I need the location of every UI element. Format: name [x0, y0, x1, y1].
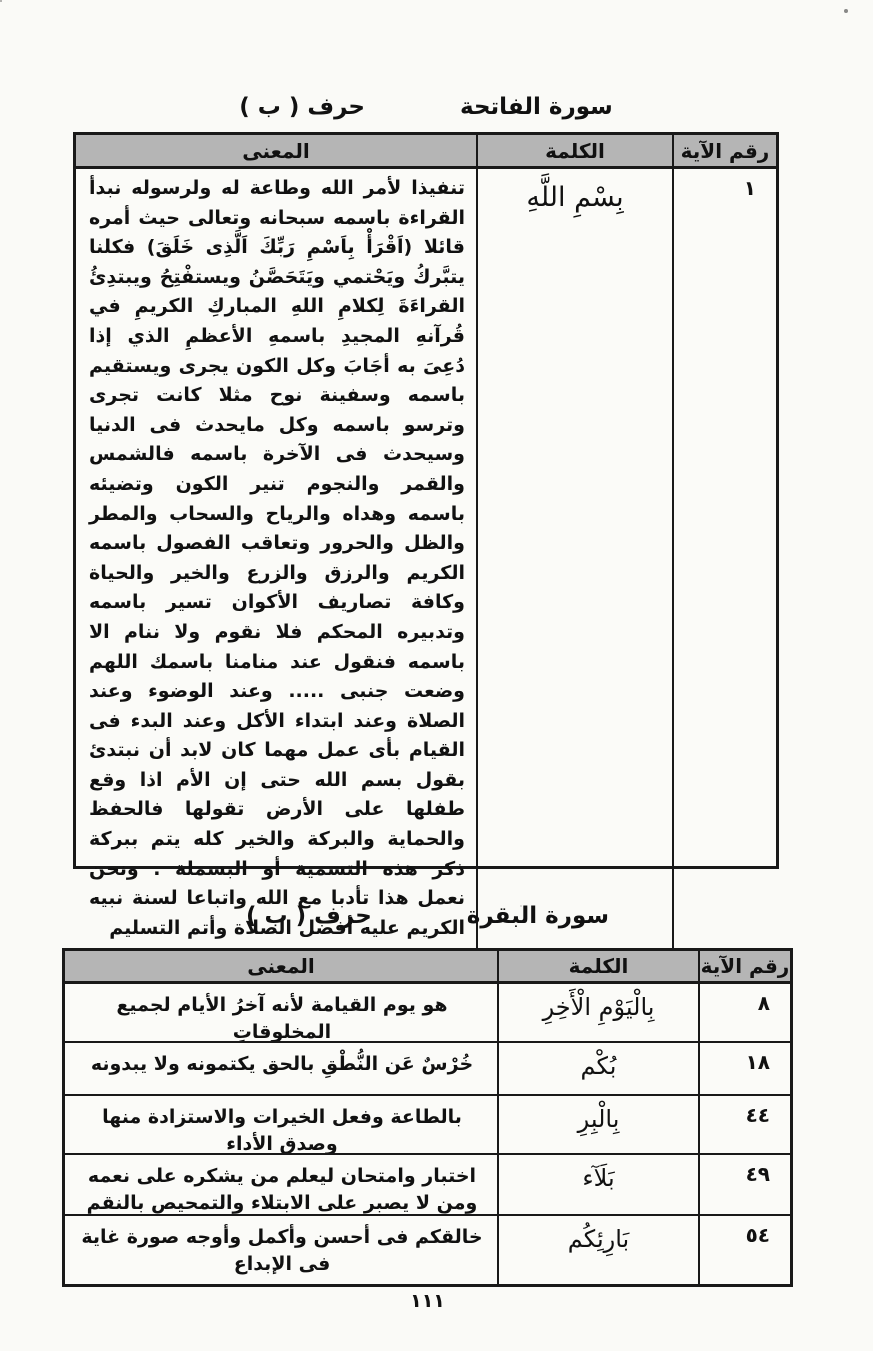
table-row: ٤٤ بِالْبِرِ بالطاعة وفعل الخيرات والاست…	[65, 1094, 790, 1153]
section2-title: سورة البقرة حرف ( ب )	[62, 903, 793, 929]
word-meaning: خُرْسٌ عَن النُّطْقِ بالحق يكتمونه ولا ي…	[65, 1043, 497, 1094]
baqara-words-table: رقم الآية الكلمة المعنى ٨ بِالْيَوْمِ ال…	[62, 948, 793, 1287]
scanned-book-page: سورة الفاتحة حرف ( ب ) رقم الآية الكلمة …	[0, 0, 873, 1351]
section1-title: سورة الفاتحة حرف ( ب )	[73, 94, 779, 120]
table-row: ٥٤ بَارِئِكُم خالقكم فى أحسن وأكمل وأوجه…	[65, 1214, 790, 1284]
word-meaning: هو يوم القيامة لأنه آخرُ الأيام لجميع ال…	[65, 984, 497, 1041]
table-header-row: رقم الآية الكلمة المعنى	[76, 135, 776, 169]
surah-name: سورة الفاتحة	[460, 94, 613, 120]
verse-number: ١٨	[698, 1043, 790, 1094]
quran-word: بِسْمِ اللَّهِ	[476, 169, 672, 949]
quran-word: بُكْم	[497, 1043, 698, 1094]
table-row: ٨ بِالْيَوْمِ الْأَخِرِ هو يوم القيامة ل…	[65, 984, 790, 1041]
header-meaning: المعنى	[76, 135, 476, 166]
quran-word: بَلَآء	[497, 1155, 698, 1214]
word-meaning: اختبار وامتحان ليعلم من يشكره على نعمه و…	[65, 1155, 497, 1214]
header-meaning: المعنى	[65, 951, 497, 981]
word-meaning: خالقكم فى أحسن وأكمل وأوجه صورة غاية فى …	[65, 1216, 497, 1284]
table-row: ١٨ بُكْم خُرْسٌ عَن النُّطْقِ بالحق يكتم…	[65, 1041, 790, 1094]
fatiha-words-table: رقم الآية الكلمة المعنى ١ بِسْمِ اللَّهِ…	[73, 132, 779, 869]
word-meaning: بالطاعة وفعل الخيرات والاستزادة منها وصد…	[65, 1096, 497, 1153]
word-meaning: تنفيذا لأمر الله وطاعة له ولرسوله نبدأ ا…	[76, 169, 476, 949]
letter-label: حرف ( ب )	[246, 903, 372, 929]
header-verse-number: رقم الآية	[672, 135, 776, 166]
letter-label: حرف ( ب )	[239, 94, 365, 120]
quran-word: بَارِئِكُم	[497, 1216, 698, 1284]
page-number: ١١١	[62, 1290, 793, 1312]
verse-number: ٤٤	[698, 1096, 790, 1153]
surah-name: سورة البقرة	[467, 903, 609, 929]
scan-speckles	[0, 0, 2, 2]
table-row: ١ بِسْمِ اللَّهِ تنفيذا لأمر الله وطاعة …	[76, 169, 776, 949]
table-header-row: رقم الآية الكلمة المعنى	[65, 951, 790, 984]
table-row: ٤٩ بَلَآء اختبار وامتحان ليعلم من يشكره …	[65, 1153, 790, 1214]
header-verse-number: رقم الآية	[698, 951, 790, 981]
verse-number: ١	[672, 169, 776, 949]
header-word: الكلمة	[476, 135, 672, 166]
verse-number: ٨	[698, 984, 790, 1041]
quran-word: بِالْيَوْمِ الْأَخِرِ	[497, 984, 698, 1041]
header-word: الكلمة	[497, 951, 698, 981]
verse-number: ٤٩	[698, 1155, 790, 1214]
verse-number: ٥٤	[698, 1216, 790, 1284]
quran-word: بِالْبِرِ	[497, 1096, 698, 1153]
